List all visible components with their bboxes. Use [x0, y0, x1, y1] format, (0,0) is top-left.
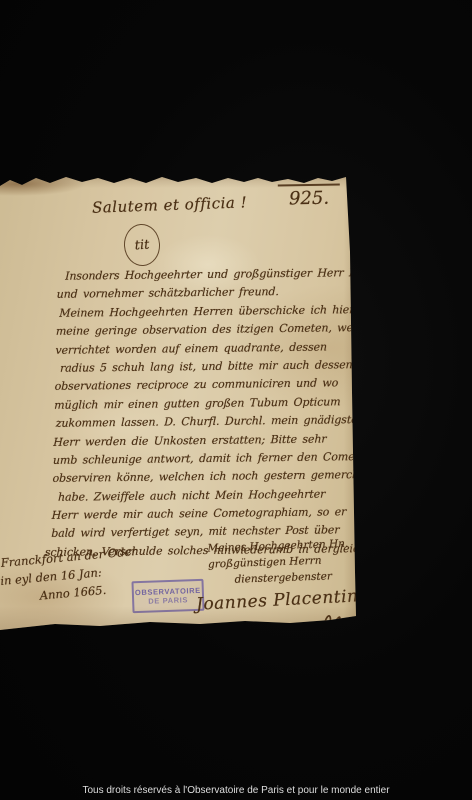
observatory-stamp: OBSERVATOIRE DE PARIS [131, 579, 204, 613]
tit-mark-text: tit [134, 237, 150, 253]
paraph-flourish-icon [316, 608, 353, 638]
letter-body: Insonders Hochgeehrter und großgünstiger… [51, 264, 354, 562]
tit-mark: tit [123, 223, 162, 267]
copyright-caption: Tous droits réservés à l'Observatoire de… [0, 785, 472, 796]
archive-page-number: 925. [278, 183, 340, 209]
photo-background: Salutem et officia ! tit 925. Insonders … [0, 0, 472, 800]
closing-line: dienstergebenster [234, 567, 358, 587]
salutation: Salutem et officia ! [92, 193, 248, 216]
letter-page: Salutem et officia ! tit 925. Insonders … [0, 172, 358, 634]
signature: Joannes Placentinus [196, 585, 380, 615]
closing-block: Meines Hochgeehrten Hn. großgünstigen He… [207, 535, 359, 588]
stamp-line2: DE PARIS [148, 595, 188, 606]
